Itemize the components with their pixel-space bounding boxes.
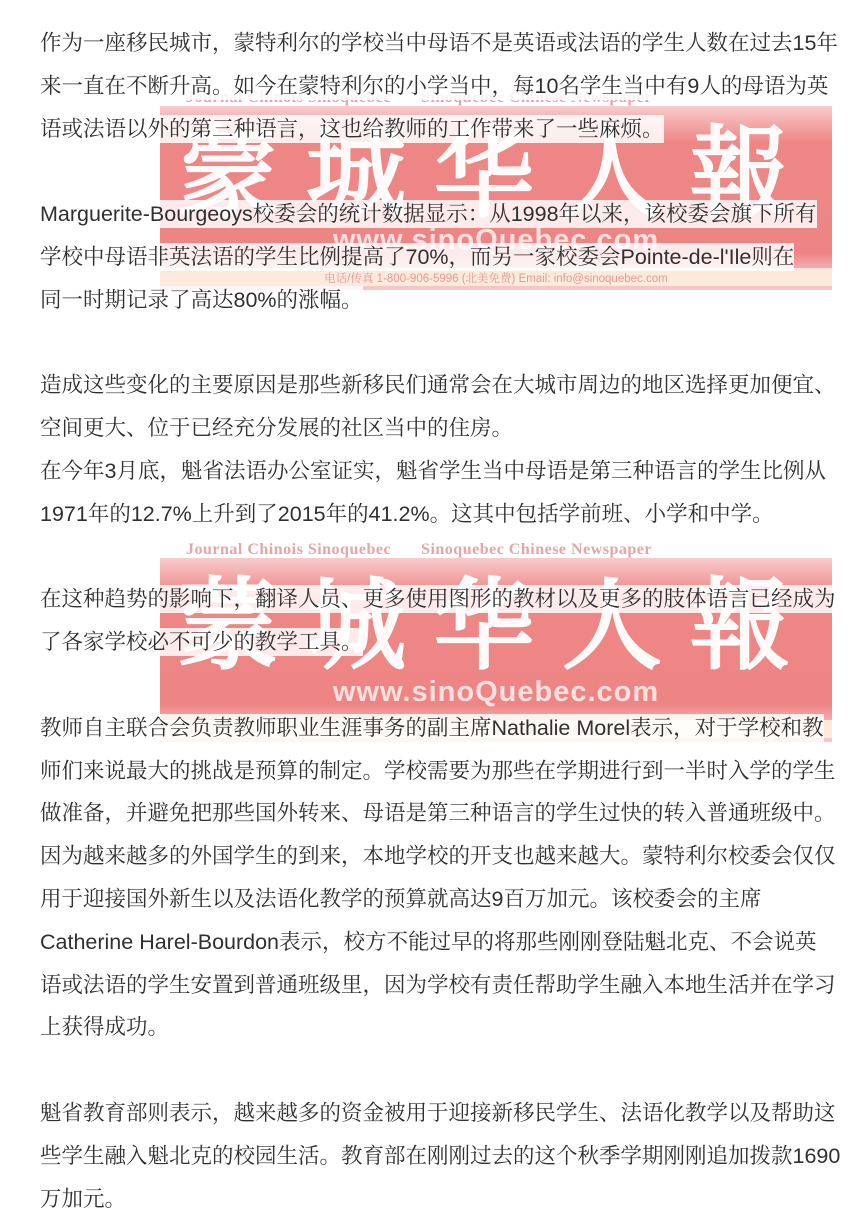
article-line: Catherine Harel-Bourdon表示，校方不能过早的将那些刚刚登陆…	[40, 921, 826, 964]
article-body: 作为一座移民城市，蒙特利尔的学校当中母语不是英语或法语的学生人数在过去15年来一…	[40, 22, 826, 1220]
article-line: 万加元。	[40, 1178, 826, 1221]
article-line-text: Marguerite-Bourgeoys校委会的统计数据显示：从1998年以来，…	[40, 200, 817, 228]
article-page: Journal Chinois SinoquebecSinoquebec Chi…	[0, 0, 850, 1224]
article-line: 教师自主联合会负责教师职业生涯事务的副主席Nathalie Morel表示，对于…	[40, 707, 826, 750]
article-line-text: 同一时期记录了高达80%的涨幅。	[40, 286, 363, 314]
article-line: 做准备，并避免把那些国外转来、母语是第三种语言的学生过快的转入普通班级中。	[40, 792, 826, 835]
article-line-text: 教师自主联合会负责教师职业生涯事务的副主席Nathalie Morel表示，对于…	[40, 714, 824, 742]
article-line: 师们来说最大的挑战是预算的制定。学校需要为那些在学期进行到一半时入学的学生	[40, 750, 826, 793]
article-line: 了各家学校必不可少的教学工具。	[40, 621, 826, 664]
article-line: 1971年的12.7%上升到了2015年的41.2%。这其中包括学前班、小学和中…	[40, 493, 826, 536]
article-line: 作为一座移民城市，蒙特利尔的学校当中母语不是英语或法语的学生人数在过去15年	[40, 22, 826, 65]
article-line-text: 些学生融入魁北克的校园生活。教育部在刚刚过去的这个秋季学期刚刚追加拨款1690	[40, 1142, 840, 1170]
article-line-text: 来一直在不断升高。如今在蒙特利尔的小学当中，每10名学生当中有9人的母语为英	[40, 72, 828, 100]
article-line: 造成这些变化的主要原因是那些新移民们通常会在大城市周边的地区选择更加便宜、	[40, 364, 826, 407]
article-line-text: Catherine Harel-Bourdon表示，校方不能过早的将那些刚刚登陆…	[40, 928, 817, 956]
article-line: 空间更大、位于已经充分发展的社区当中的住房。	[40, 407, 826, 450]
article-line: 同一时期记录了高达80%的涨幅。	[40, 279, 826, 322]
article-line-text: 空间更大、位于已经充分发展的社区当中的住房。	[40, 414, 513, 442]
article-line: 用于迎接国外新生以及法语化教学的预算就高达9百万加元。该校委会的主席	[40, 878, 826, 921]
article-line: 在今年3月底，魁省法语办公室证实，魁省学生当中母语是第三种语言的学生比例从	[40, 450, 826, 493]
article-line-text: 造成这些变化的主要原因是那些新移民们通常会在大城市周边的地区选择更加便宜、	[40, 371, 836, 399]
article-line: 因为越来越多的外国学生的到来，本地学校的开支也越来越大。蒙特利尔校委会仅仅	[40, 835, 826, 878]
article-line-gap	[40, 322, 826, 365]
article-line-text: 做准备，并避免把那些国外转来、母语是第三种语言的学生过快的转入普通班级中。	[40, 799, 836, 827]
article-line-text: 语或法语以外的第三种语言，这也给教师的工作带来了一些麻烦。	[40, 115, 664, 143]
article-line-text: 师们来说最大的挑战是预算的制定。学校需要为那些在学期进行到一半时入学的学生	[40, 757, 836, 785]
article-line-text: 1971年的12.7%上升到了2015年的41.2%。这其中包括学前班、小学和中…	[40, 500, 774, 528]
article-line-text: 在今年3月底，魁省法语办公室证实，魁省学生当中母语是第三种语言的学生比例从	[40, 457, 826, 485]
article-line-gap	[40, 536, 826, 579]
article-line-text: 语或法语的学生安置到普通班级里，因为学校有责任帮助学生融入本地生活并在学习	[40, 971, 836, 999]
article-line-text: 在这种趋势的影响下，翻译人员、更多使用图形的教材以及更多的肢体语言已经成为	[40, 585, 836, 613]
article-line-text: 万加元。	[40, 1185, 126, 1213]
article-line-text: 用于迎接国外新生以及法语化教学的预算就高达9百万加元。该校委会的主席	[40, 885, 761, 913]
article-line-text: 魁省教育部则表示，越来越多的资金被用于迎接新移民学生、法语化教学以及帮助这	[40, 1099, 836, 1127]
article-line: 在这种趋势的影响下，翻译人员、更多使用图形的教材以及更多的肢体语言已经成为	[40, 578, 826, 621]
article-line: 些学生融入魁北克的校园生活。教育部在刚刚过去的这个秋季学期刚刚追加拨款1690	[40, 1135, 826, 1178]
article-line-text: 作为一座移民城市，蒙特利尔的学校当中母语不是英语或法语的学生人数在过去15年	[40, 29, 838, 57]
article-line: 语或法语以外的第三种语言，这也给教师的工作带来了一些麻烦。	[40, 108, 826, 151]
article-line-text: 了各家学校必不可少的教学工具。	[40, 628, 363, 656]
article-line: 学校中母语非英法语的学生比例提高了70%，而另一家校委会Pointe-de-l'…	[40, 236, 826, 279]
article-line-gap	[40, 664, 826, 707]
article-line-text: 因为越来越多的外国学生的到来，本地学校的开支也越来越大。蒙特利尔校委会仅仅	[40, 842, 836, 870]
article-line: 语或法语的学生安置到普通班级里，因为学校有责任帮助学生融入本地生活并在学习	[40, 964, 826, 1007]
article-line-text: 学校中母语非英法语的学生比例提高了70%，而另一家校委会Pointe-de-l'…	[40, 243, 794, 271]
article-line-text: 上获得成功。	[40, 1013, 169, 1041]
article-line: 来一直在不断升高。如今在蒙特利尔的小学当中，每10名学生当中有9人的母语为英	[40, 65, 826, 108]
article-line: Marguerite-Bourgeoys校委会的统计数据显示：从1998年以来，…	[40, 193, 826, 236]
article-line-gap	[40, 1049, 826, 1092]
article-line: 上获得成功。	[40, 1006, 826, 1049]
article-line: 魁省教育部则表示，越来越多的资金被用于迎接新移民学生、法语化教学以及帮助这	[40, 1092, 826, 1135]
article-line-gap	[40, 150, 826, 193]
